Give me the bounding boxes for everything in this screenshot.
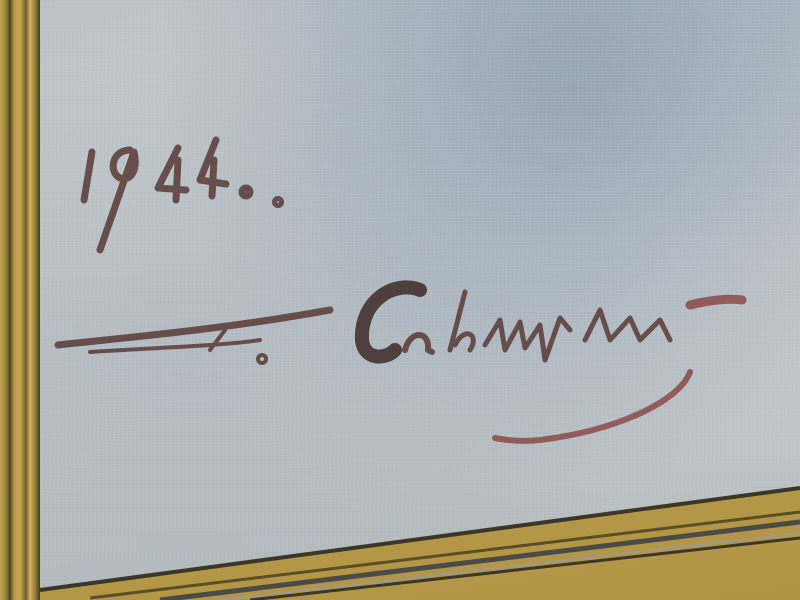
signature-ink	[0, 0, 800, 600]
photo-scene: 1944. Г. Савицкий	[0, 0, 800, 600]
signature-savitsky	[58, 287, 742, 440]
date-1944	[84, 140, 281, 250]
